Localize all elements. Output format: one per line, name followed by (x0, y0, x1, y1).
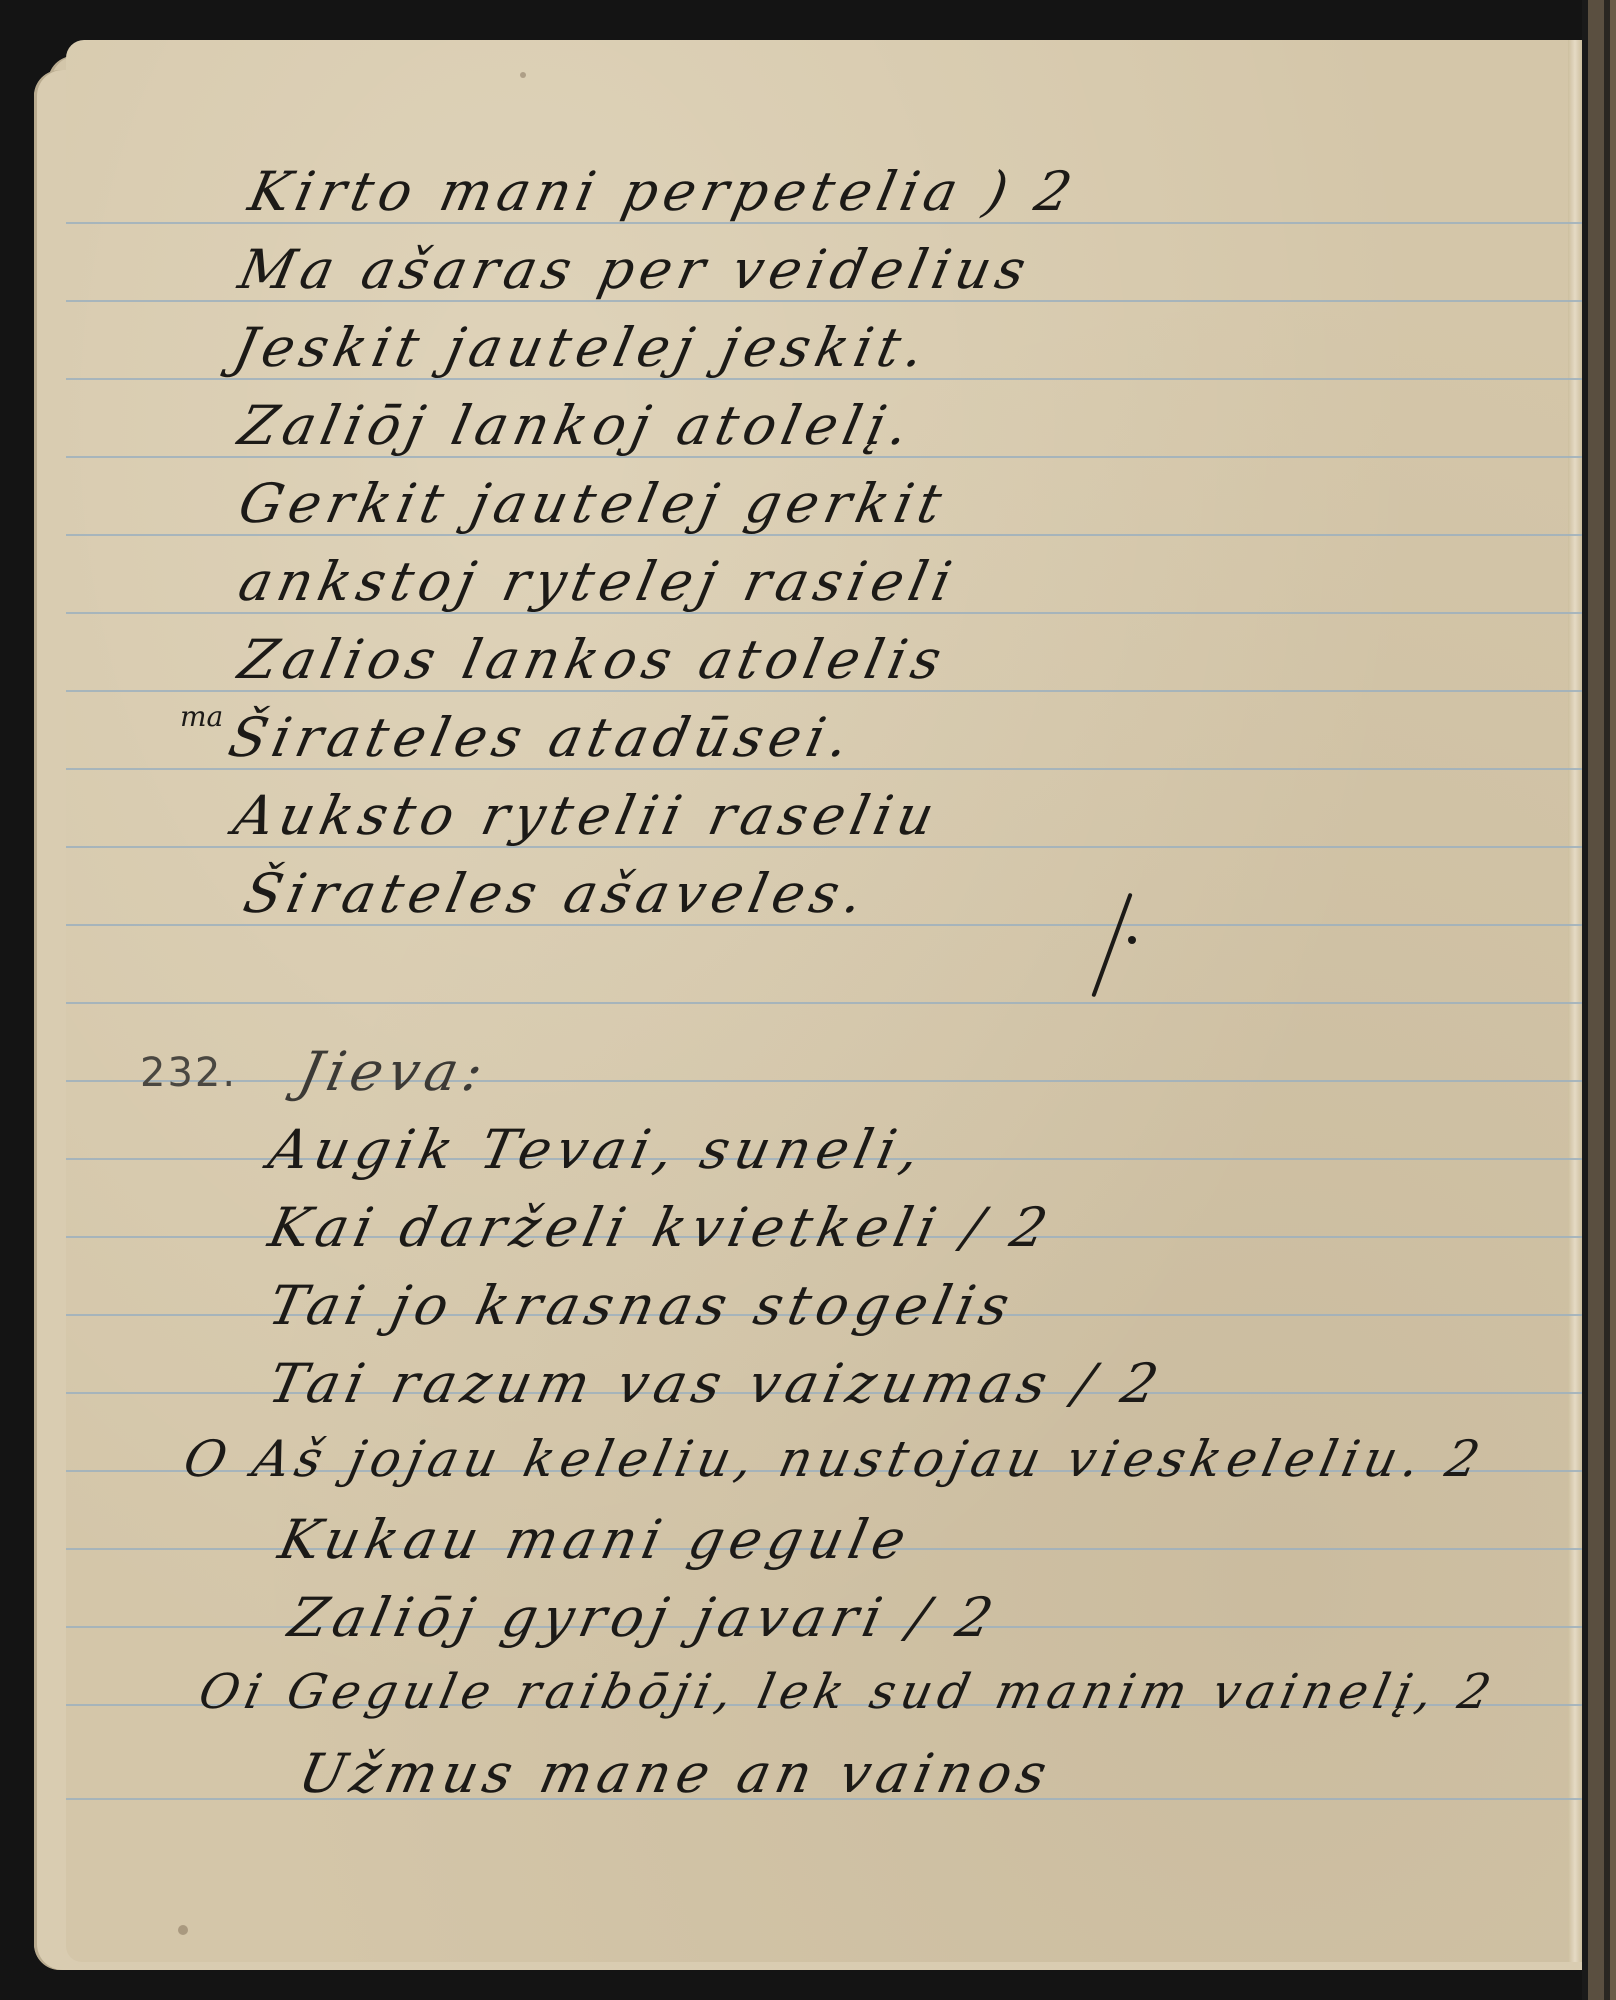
verse-line: Tai razum vas vaizumas / 2 (263, 1352, 1169, 1415)
verse-line: Auksto rytelii raseliu (228, 784, 945, 847)
paper-speck (520, 72, 526, 78)
verse-line: Kirto mani perpetelia ) 2 (243, 160, 1083, 223)
end-mark-dot (1128, 936, 1136, 944)
verse-line: O Aš jojau keleliu, nustojau vieskeleliu… (179, 1430, 1491, 1488)
verse-line: ankstoj rytelej rasieli (233, 550, 963, 613)
verse-line: Zalios lankos atolelis (233, 628, 952, 691)
verse-line: Užmus mane an vainos (293, 1742, 1058, 1805)
verse-line: Jeskit jautelej jeskit. (228, 316, 935, 379)
ruled-line (66, 1002, 1582, 1004)
paper-speck (178, 1925, 188, 1935)
page-edge (1568, 40, 1582, 1962)
verse-line: Zaliōj lankoj atolelį. (233, 394, 920, 457)
verse-line: Augik Tevai, suneli, (263, 1118, 931, 1181)
verse-line: Ma ašaras per veidelius (233, 238, 1037, 301)
ruled-line (66, 1080, 1582, 1082)
verse-line: Gerkit jautelej gerkit (233, 472, 953, 535)
verse-line: Tai jo krasnas stogelis (263, 1274, 1020, 1337)
verse-line: Kai darželi kvietkeli / 2 (263, 1196, 1058, 1259)
verse-line: Zaliōj gyroj javari / 2 (283, 1586, 1004, 1649)
song-number: 232. (140, 1050, 237, 1096)
notebook-binding (1582, 0, 1616, 2000)
verse-line: Širateles atadūsei. (223, 706, 860, 769)
verse-line: Oi Gegule raibōji, lek sud manim vainelį… (194, 1664, 1502, 1720)
verse-line: Širateles ašaveles. (238, 862, 874, 925)
verse-line: Kukau mani gegule (273, 1508, 917, 1571)
margin-note: ma (180, 700, 223, 733)
song-title: Jieva: (293, 1040, 494, 1103)
